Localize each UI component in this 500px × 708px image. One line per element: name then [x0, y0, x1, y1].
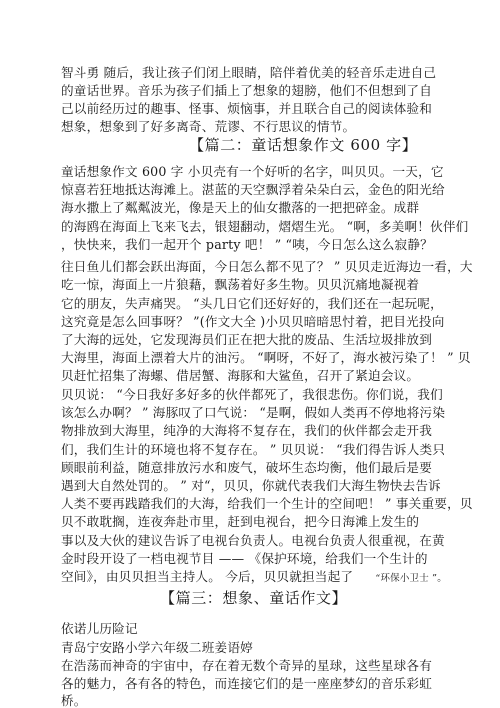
paragraph-line: 大海里，海面上漂着大片的油污。 “啊呀，不好了，海水被污染了！ ” 贝 — [61, 350, 471, 366]
paragraph-line: 金时段开设了一档电视节目 —— 《保护环境，给我们一个生计的 — [61, 551, 428, 567]
paragraph-line: 青岛宁安路小学六年级二班姜语婷 — [61, 640, 253, 656]
paragraph-line: 该怎么办啊？ ” 海豚叹了口气说： “是啊，假如人类再不停地将污染 — [61, 405, 445, 421]
document-page: 智斗勇 随后，我让孩子们闭上眼睛，陪伴着优美的轻音乐走进自己 的童话世界。音乐为… — [0, 0, 500, 708]
paragraph-line: 往日鱼儿们都会跃出海面，今日怎么都不见了？ ” 贝贝走近海边一看，大 — [61, 259, 473, 275]
paragraph-line: 物排放到大海里，纯净的大海将不复存在，我们的伙伴都会走开我 — [61, 423, 432, 439]
paragraph-line: 了大海的远处，它发现海员们正在把大批的废品、生活垃圾排放到 — [61, 332, 432, 348]
paragraph-line: 们，我们生计的环境也将不复存在。 ” 贝贝说： “我们得告诉人类只 — [61, 442, 445, 458]
paragraph-text-small: “环保小卫士 ”。 — [375, 573, 447, 584]
paragraph-line: 这究竟是怎么回事呀？ ”(作文大全 )小贝贝暗暗思忖着，把目光投向 — [61, 314, 445, 330]
paragraph-line: 顾眼前利益，随意排放污水和废气，破坏生态均衡，他们最后是要 — [61, 460, 432, 476]
paragraph-line: ，快快来，我们一起开个 party 吧！ ” “咦，今日怎么这么寂静？ — [61, 237, 433, 253]
paragraph-line: 各的魅力，各有各的特色，而连接它们的是一座座梦幻的音乐彩虹 — [61, 676, 432, 692]
paragraph-line: 桥。 — [61, 693, 87, 708]
paragraph-line: 想象，想象到了好多离奇、荒谬、不行思议的情节。 — [61, 119, 355, 135]
paragraph-line: 的童话世界。音乐为孩子们插上了想象的翅膀，他们不但想到了自 — [61, 83, 432, 99]
paragraph-line: 它的朋友，失声痛哭。 “头几日它们还好好的，我们还在一起玩呢， — [61, 296, 443, 312]
section-heading-3: 【篇三：想象、童话作文】 — [160, 588, 347, 608]
paragraph-line: 依诺儿历险记 — [61, 621, 138, 637]
paragraph-line: 贝赶忙招集了海螺、借居蟹、海豚和大鲨鱼，召开了紧迫会议。 — [61, 368, 419, 384]
paragraph-line: 己以前经历过的趣事、怪事、烦恼事，并且联合自己的阅读体验和 — [61, 101, 432, 117]
section-heading-2: 【篇二：童话想象作文 600 字】 — [189, 135, 417, 155]
paragraph-line: 人类不要再践踏我们的大海，给我们一个生计的空间吧！ ” 事关重要，贝 — [61, 496, 473, 512]
paragraph-line: 空间》，由贝贝担当主持人。 今后，贝贝就担当起了 “环保小卫士 ”。 — [61, 569, 447, 587]
paragraph-line: 在浩荡而神奇的宇宙中，存在着无数个奇异的星球，这些星球各有 — [61, 658, 432, 674]
paragraph-line: 贝不敢耽搁，连夜奔赴市里，赶到电视台，把今日海滩上发生的 — [61, 514, 419, 530]
paragraph-line: 海水撒上了粼粼波光，像是天上的仙女撒落的一把把碎金。成群 — [61, 200, 419, 216]
paragraph-line: 遇到大自然处罚的。 ” 对“，贝贝，你就代表我们大海生物快去告诉 — [61, 478, 441, 494]
paragraph-line: 惊喜若狂地抵达海滩上。湛蓝的天空飘浮着朵朵白云，金色的阳光给 — [61, 182, 445, 198]
paragraph-line: 童话想象作文 600 字 小贝壳有一个好听的名字，叫贝贝。一天，它 — [61, 164, 444, 180]
paragraph-line: 贝贝说： “今日我好多好多的伙伴都死了，我很悲伤。你们说，我们 — [61, 387, 443, 403]
paragraph-line: 事以及大伙的建议告诉了电视台负责人。电视台负责人很重视，在黄 — [61, 533, 445, 549]
paragraph-text: 空间》，由贝贝担当主持人。 今后，贝贝就担当起了 — [61, 569, 353, 584]
paragraph-line: 吃一惊，海面上一片狼藉，飘荡着好多生物。贝贝沉痛地凝视着 — [61, 277, 419, 293]
paragraph-line: 的海鸥在海面上飞来飞去，银翅翻动，熠熠生光。 “啊，多美啊！伙伴们 — [61, 219, 468, 235]
paragraph-line: 智斗勇 随后，我让孩子们闭上眼睛，陪伴着优美的轻音乐走进自己 — [61, 65, 436, 81]
